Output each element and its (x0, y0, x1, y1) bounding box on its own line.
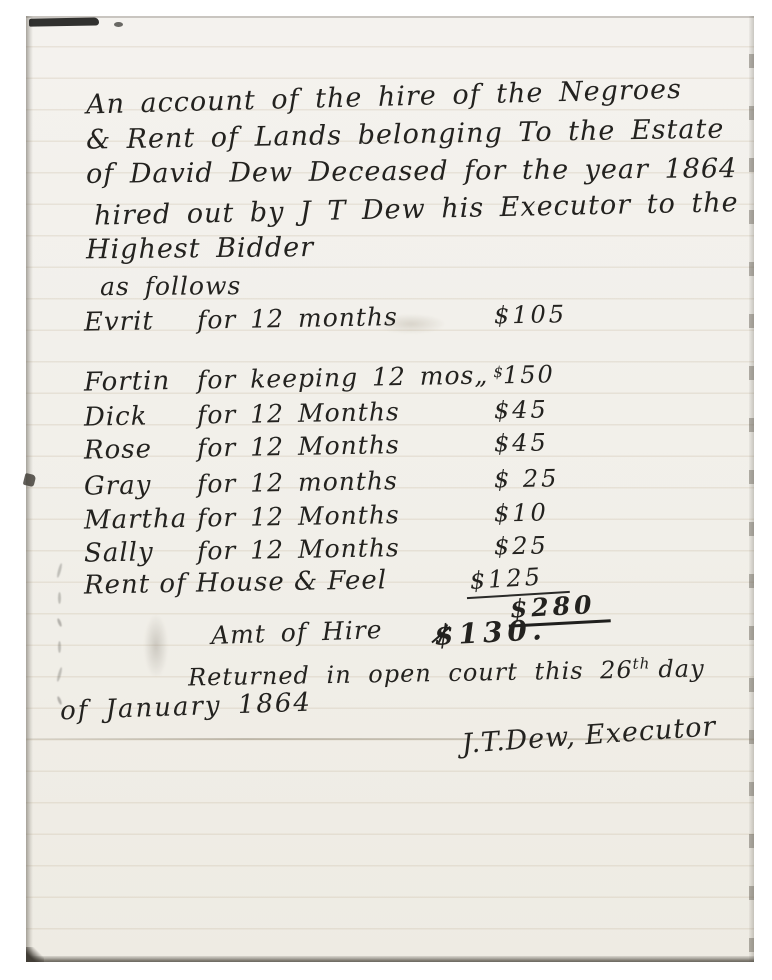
entry-name: Dick (84, 401, 193, 433)
document-page: An account of the hire of the Negroes & … (26, 16, 754, 962)
return-text-end: day (658, 654, 705, 683)
entry-name: Gray (84, 470, 193, 502)
pencil-mark (56, 563, 63, 578)
entry-amount: $45 (494, 395, 549, 424)
entry-desc: for 12 months (197, 466, 398, 498)
pencil-mark (58, 641, 61, 653)
entry-desc: for 12 Months (197, 533, 400, 566)
entry-desc: for 12 Months (197, 430, 400, 463)
paper-edge-notch (23, 473, 37, 487)
entry-name: Fortin (84, 366, 193, 398)
amount-of-hire-label: Amt of Hire (211, 615, 383, 650)
entry-amount: $105 (494, 300, 568, 329)
date-line: of January 1864 (60, 688, 313, 727)
ink-smudge-top-left (29, 17, 99, 26)
entry-amount: $ 25 (494, 464, 560, 493)
entry-amount: $10 (494, 498, 549, 527)
paper-bottom-edge (26, 956, 754, 962)
entry-name: Martha (84, 504, 193, 536)
entry-desc: for keeping 12 mos„ (197, 361, 489, 395)
entry-amount: 150 (503, 360, 555, 389)
entry-amount: $45 (494, 428, 549, 457)
entry-desc: for 12 Months (197, 397, 400, 430)
ordinal-superscript: th (632, 654, 650, 672)
entry-name: Rent of House & Feel (84, 565, 388, 600)
pencil-mark (58, 592, 61, 604)
amount-of-hire-value: $130. (433, 613, 547, 652)
hire-value-digits: 130. (458, 613, 548, 651)
ink-dot-top (114, 22, 123, 27)
pencil-mark (56, 618, 62, 627)
executor-signature: J.T.Dew, Executor (423, 709, 754, 763)
entry-name: Sally (84, 537, 193, 569)
entry-name: Evrit (84, 306, 193, 338)
scratched-dollar-sign: $ (433, 618, 459, 652)
pencil-smudge (144, 614, 168, 678)
scanned-document-canvas: { "page": { "background": "#ffffff", "pa… (0, 0, 772, 980)
paper-left-edge (26, 16, 33, 962)
entry-currency-superscript: $ (493, 363, 503, 381)
heading-line: Highest Bidder (86, 225, 736, 269)
paper-corner-damage (26, 947, 44, 962)
paper-top-edge (26, 16, 754, 18)
entry-desc: for 12 Months (197, 500, 400, 533)
pencil-margin-marks (58, 556, 61, 712)
entry-amount: $25 (494, 531, 549, 560)
document-heading: An account of the hire of the Negroes & … (86, 78, 736, 303)
return-text: Returned in open court this 26 (188, 656, 633, 692)
court-return-line: Returned in open court this 26thday (188, 653, 705, 691)
pencil-mark (56, 667, 63, 682)
entry-name: Rose (84, 434, 193, 466)
paper-right-edge (749, 16, 754, 962)
entry-desc: for 12 months (197, 302, 398, 334)
